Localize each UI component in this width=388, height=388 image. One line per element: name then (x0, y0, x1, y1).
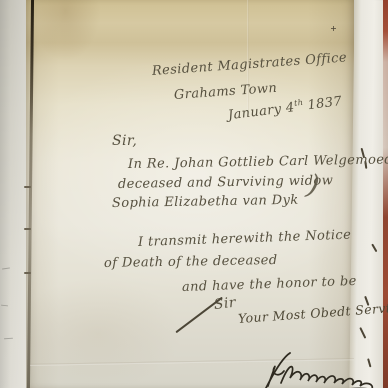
small-cross-mark (333, 26, 334, 31)
binding-stitch (24, 186, 31, 188)
binding-stitch (24, 228, 31, 230)
closing-sir: Sir (213, 295, 237, 313)
salutation: Sir, (112, 133, 137, 149)
photographed-letter-page: { "document_type": "scanned handwritten … (0, 0, 388, 388)
body-line-2: of Death of the deceased (104, 253, 278, 271)
date-ordinal: th (294, 98, 304, 108)
signature-scrawl (262, 348, 380, 388)
binding-red-edge (383, 0, 388, 388)
binding-stitch (24, 272, 31, 274)
